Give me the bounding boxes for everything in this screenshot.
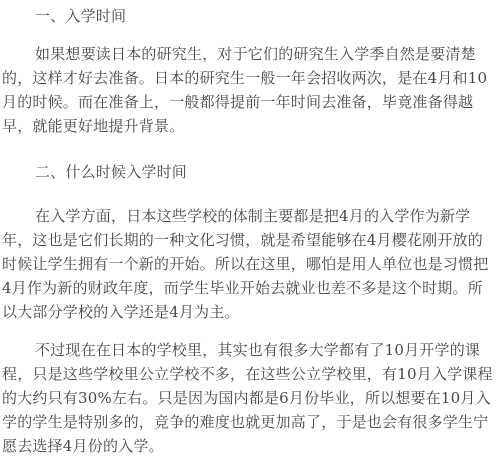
section-heading-1: 一、入学时间 bbox=[2, 4, 497, 28]
section-heading-2: 二、什么时候入学时间 bbox=[2, 160, 497, 184]
paragraph-april-enrollment: 在入学方面，日本这些学校的体制主要都是把4月的入学作为新学年，这也是它们长期的一… bbox=[2, 204, 497, 324]
paragraph-enrollment-time: 如果想要读日本的研究生，对于它们的研究生入学季自然是要清楚的，这样才好去准备。日… bbox=[2, 42, 497, 138]
paragraph-october-enrollment: 不过现在在日本的学校里，其实也有很多大学都有了10月开学的课程，只是这些学校里公… bbox=[2, 338, 497, 458]
article-body: 一、入学时间 如果想要读日本的研究生，对于它们的研究生入学季自然是要清楚的，这样… bbox=[0, 0, 499, 462]
